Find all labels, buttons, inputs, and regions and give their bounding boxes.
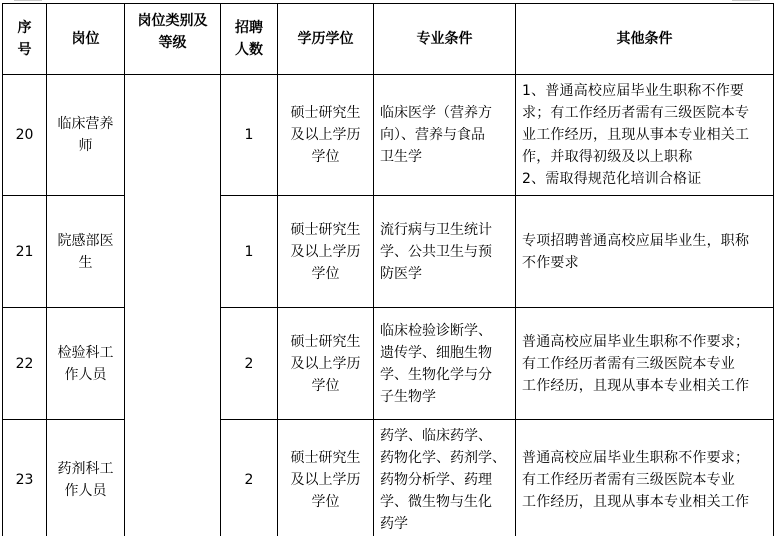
- cell-major: 药学、临床药学、 药物化学、药剂学、 药物分析学、药理 学、微生物与生化 药学: [374, 420, 516, 536]
- header-count: 招聘 人数: [221, 4, 278, 75]
- cell-education: 硕士研究生 及以上学历 学位: [278, 196, 374, 308]
- cell-index: 22: [3, 308, 47, 420]
- header-other: 其他条件: [516, 4, 774, 75]
- header-education: 学历学位: [278, 4, 374, 75]
- cell-education: 硕士研究生 及以上学历 学位: [278, 308, 374, 420]
- table-row: 21 院感部医 生 1 硕士研究生 及以上学历 学位 流行病与卫生统计 学、公共…: [3, 196, 774, 308]
- cell-count: 2: [221, 308, 278, 420]
- cell-index: 23: [3, 420, 47, 536]
- cell-position: 院感部医 生: [47, 196, 125, 308]
- cell-other: 专项招聘普通高校应届毕业生，职称 不作要求: [516, 196, 774, 308]
- cell-other: 1、普通高校应届毕业生职称不作要 求；有工作经历者需有三级医院本专 业工作经历，…: [516, 75, 774, 196]
- cell-major: 临床医学（营养方 向）、营养与食品 卫生学: [374, 75, 516, 196]
- cell-other: 普通高校应届毕业生职称不作要求； 有工作经历者需有三级医院本专业 工作经历，且现…: [516, 420, 774, 536]
- table-row: 23 药剂科工 作人员 2 硕士研究生 及以上学历 学位 药学、临床药学、 药物…: [3, 420, 774, 536]
- cell-index: 21: [3, 196, 47, 308]
- cell-count: 2: [221, 420, 278, 536]
- cell-count: 1: [221, 196, 278, 308]
- header-index: 序 号: [3, 4, 47, 75]
- cell-major: 临床检验诊断学、 遗传学、细胞生物 学、生物化学与分 子生物学: [374, 308, 516, 420]
- cell-position: 药剂科工 作人员: [47, 420, 125, 536]
- cell-count: 1: [221, 75, 278, 196]
- cell-position: 检验科工 作人员: [47, 308, 125, 420]
- cell-index: 20: [3, 75, 47, 196]
- recruitment-table: 序 号 岗位 岗位类别及 等级 招聘 人数 学历学位 专业条件 其他条件 20 …: [2, 3, 774, 536]
- top-edge-artifact-right: [732, 0, 760, 1]
- header-major: 专业条件: [374, 4, 516, 75]
- cell-major: 流行病与卫生统计 学、公共卫生与预 防医学: [374, 196, 516, 308]
- header-category-level: 岗位类别及 等级: [125, 4, 221, 75]
- cell-position: 临床营养 师: [47, 75, 125, 196]
- cell-other: 普通高校应届毕业生职称不作要求； 有工作经历者需有三级医院本专业 工作经历，且现…: [516, 308, 774, 420]
- top-edge-artifact: [14, 0, 42, 1]
- cell-education: 硕士研究生 及以上学历 学位: [278, 75, 374, 196]
- header-position: 岗位: [47, 4, 125, 75]
- cell-education: 硕士研究生 及以上学历 学位: [278, 420, 374, 536]
- cell-category-level: [125, 75, 221, 536]
- table-row: 22 检验科工 作人员 2 硕士研究生 及以上学历 学位 临床检验诊断学、 遗传…: [3, 308, 774, 420]
- table-row: 20 临床营养 师 1 硕士研究生 及以上学历 学位 临床医学（营养方 向）、营…: [3, 75, 774, 196]
- table-header-row: 序 号 岗位 岗位类别及 等级 招聘 人数 学历学位 专业条件 其他条件: [3, 4, 774, 75]
